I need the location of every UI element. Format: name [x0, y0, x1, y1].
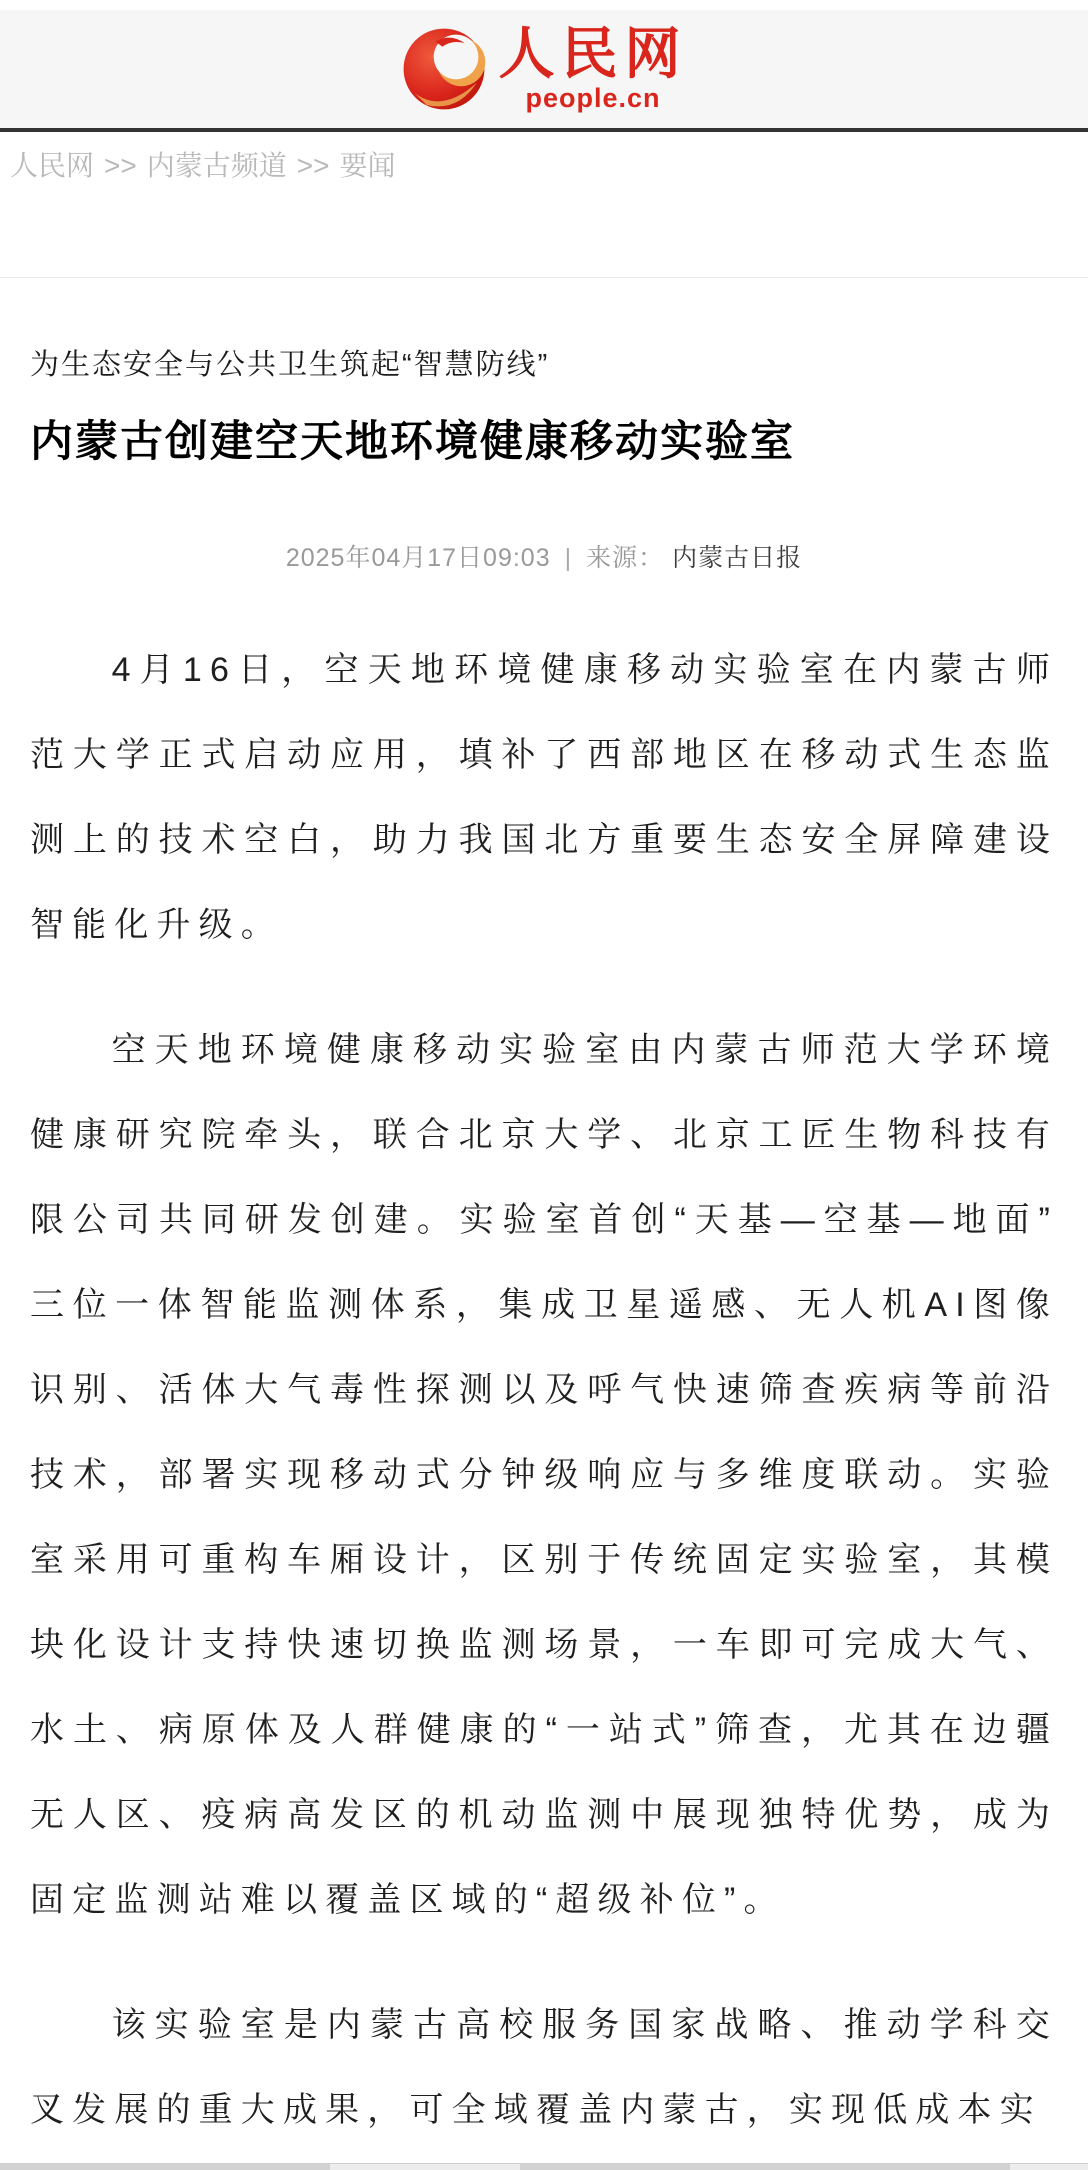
article-body: 4月16日，空天地环境健康移动实验室在内蒙古师范大学正式启动应用，填补了西部地区…: [30, 628, 1058, 2153]
meta-divider: |: [565, 544, 573, 572]
site-header: 人民网 people.cn: [0, 10, 1088, 132]
logo-text-block: 人民网 people.cn: [499, 26, 688, 112]
breadcrumb-item-channel[interactable]: 内蒙古频道: [147, 150, 287, 181]
publish-datetime: 2025年04月17日09:03: [286, 544, 551, 572]
bottom-cutoff-bar: [0, 2163, 1088, 2170]
source-label: 来源：: [586, 544, 664, 572]
article-title: 内蒙古创建空天地环境健康移动实验室: [30, 416, 1058, 470]
article-paragraph: 空天地环境健康移动实验室由内蒙古师范大学环境健康研究院牵头，联合北京大学、北京工…: [30, 1008, 1058, 1943]
bottom-bar-segment: [520, 2164, 1010, 2170]
news-article-page: { "header": { "logo": { "site_name": "人民…: [0, 0, 1088, 2170]
article-paragraph: 4月16日，空天地环境健康移动实验室在内蒙古师范大学正式启动应用，填补了西部地区…: [30, 628, 1058, 968]
article-container: 为生态安全与公共卫生筑起“智慧防线” 内蒙古创建空天地环境健康移动实验室 202…: [0, 342, 1088, 2153]
breadcrumb-separator: >>: [297, 150, 330, 181]
people-cn-logo[interactable]: 人民网 people.cn: [401, 26, 688, 112]
site-name-text: 人民网: [499, 26, 688, 82]
source-name: 内蒙古日报: [672, 544, 802, 572]
bottom-bar-segment: [0, 2164, 330, 2170]
breadcrumb-item-home[interactable]: 人民网: [10, 150, 94, 181]
site-domain-text: people.cn: [525, 85, 660, 112]
breadcrumb-separator: >>: [104, 150, 137, 181]
article-kicker: 为生态安全与公共卫生筑起“智慧防线”: [30, 342, 1058, 383]
breadcrumb: 人民网>>内蒙古频道>>要闻: [0, 132, 1088, 278]
article-meta: 2025年04月17日09:03|来源：内蒙古日报: [30, 538, 1058, 574]
article-paragraph: 该实验室是内蒙古高校服务国家战略、推动学科交叉发展的重大成果，可全域覆盖内蒙古，…: [30, 1983, 1058, 2153]
breadcrumb-item-section[interactable]: 要闻: [339, 150, 395, 181]
people-cn-logo-ball-icon: [401, 26, 487, 112]
top-white-strip: [0, 0, 1088, 10]
